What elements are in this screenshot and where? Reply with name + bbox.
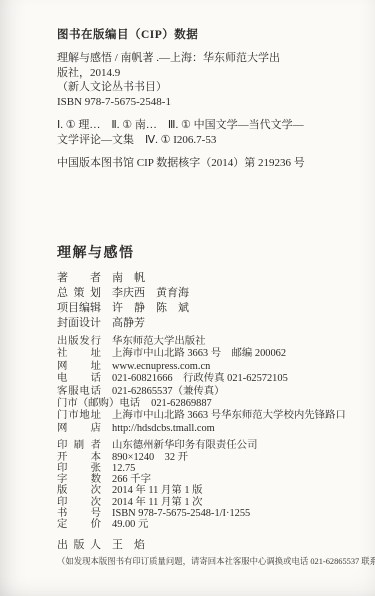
info-value: 王 焰 xyxy=(112,539,145,551)
info-row: 网址www.ecnupress.com.cn xyxy=(57,361,363,373)
credit-label: 项目编辑 xyxy=(57,301,101,316)
info-label: 出版人 xyxy=(57,538,101,552)
book-number-value: ISBN 978-7-5675-2548-1/I·1255 xyxy=(112,508,250,519)
cip-record-number: 中国版本图书馆 CIP 数据核字（2014）第 219236 号 xyxy=(57,156,363,170)
info-label: 电话 xyxy=(57,373,101,385)
info-label: 印张 xyxy=(57,463,101,474)
cip-heading: 图书在版编目（CIP）数据 xyxy=(57,26,363,42)
info-value: 上海市中山北路 3663 号华东师范大学校内先锋路口 xyxy=(112,410,346,421)
cip-line: （新人文论丛书书目） xyxy=(57,80,363,95)
info-value: 266 千字 xyxy=(112,474,151,485)
info-row: 出版人王 焰 xyxy=(57,538,363,552)
info-label: 定价 xyxy=(57,519,101,530)
info-row: 门市（邮购）电话021-62869887 xyxy=(57,398,363,410)
info-row: 社址上海市中山北路 3663 号 邮编 200062 xyxy=(57,348,363,360)
info-value: 021-62869887 xyxy=(151,398,212,409)
copyright-page: 图书在版编目（CIP）数据 理解与感悟 / 南帆著 .—上海：华东师范大学出 版… xyxy=(0,0,375,596)
info-row: 印刷者山东德州新华印务有限责任公司 xyxy=(57,440,363,451)
credits-block: 著者南 帆 总策划李庆西 黄育海 项目编辑许 静 陈 斌 封面设计高静芳 xyxy=(57,271,363,331)
book-title: 理解与感悟 xyxy=(57,242,363,262)
info-row: 客服电话021-62865537（兼传真） xyxy=(57,386,363,398)
credit-row: 项目编辑许 静 陈 斌 xyxy=(57,301,363,316)
info-row: 开本890×1240 32 开 xyxy=(57,452,363,463)
info-row: 印次2014 年 11 月第 1 次 xyxy=(57,497,363,508)
info-row: 电话021-60821666 行政传真 021-62572105 xyxy=(57,373,363,385)
cip-line: 版社，2014.9 xyxy=(57,66,363,81)
info-label: 字数 xyxy=(57,474,101,485)
info-row: 出版发行华东师范大学出版社 xyxy=(57,336,363,348)
info-label: 开本 xyxy=(57,452,101,463)
publisher-person-block: 出版人王 焰 xyxy=(57,538,363,552)
cip-class-line: 文学评论—文集 Ⅳ. ① I206.7-53 xyxy=(57,133,363,148)
credit-value: 李庆西 黄育海 xyxy=(112,287,189,299)
info-label: 网店 xyxy=(57,423,101,435)
info-label: 门市（邮购）电话 xyxy=(57,398,140,410)
credit-row: 封面设计高静芳 xyxy=(57,316,363,331)
cip-description-block: 理解与感悟 / 南帆著 .—上海：华东师范大学出 版社，2014.9 （新人文论… xyxy=(57,51,363,109)
credit-label: 总策划 xyxy=(57,286,101,301)
info-label: 书号 xyxy=(57,508,101,519)
store-url: http://hdsdcbs.tmall.com xyxy=(112,423,215,434)
credit-value: 许 静 陈 斌 xyxy=(112,302,189,314)
price-value: 49.00 元 xyxy=(112,519,148,530)
info-label: 网址 xyxy=(57,361,101,373)
cip-class-line: Ⅰ. ① 理… Ⅱ. ① 南… Ⅲ. ① 中国文学—当代文学— xyxy=(57,118,363,133)
info-value: 2014 年 11 月第 1 次 xyxy=(112,497,203,508)
credit-label: 封面设计 xyxy=(57,316,101,331)
info-label: 印次 xyxy=(57,497,101,508)
info-label: 门市地址 xyxy=(57,410,101,422)
info-label: 版次 xyxy=(57,485,101,496)
info-value: 890×1240 32 开 xyxy=(112,452,188,463)
website-url: www.ecnupress.com.cn xyxy=(112,361,210,372)
credit-row: 总策划李庆西 黄育海 xyxy=(57,286,363,301)
info-value: 上海市中山北路 3663 号 邮编 200062 xyxy=(112,348,286,359)
credit-row: 著者南 帆 xyxy=(57,271,363,286)
info-label: 出版发行 xyxy=(57,336,101,348)
credit-label: 著者 xyxy=(57,271,101,286)
info-value: 021-60821666 行政传真 021-62572105 xyxy=(112,373,288,384)
cip-isbn-line: ISBN 978-7-5675-2548-1 xyxy=(57,95,363,110)
info-label: 印刷者 xyxy=(57,440,101,451)
credit-value: 南 帆 xyxy=(112,272,145,284)
info-row: 版次2014 年 11 月第 1 版 xyxy=(57,485,363,496)
publisher-info-block: 出版发行华东师范大学出版社 社址上海市中山北路 3663 号 邮编 200062… xyxy=(57,336,363,435)
title-section: 理解与感悟 著者南 帆 总策划李庆西 黄育海 项目编辑许 静 陈 斌 封面设计高… xyxy=(57,242,363,331)
info-row: 门市地址上海市中山北路 3663 号华东师范大学校内先锋路口 xyxy=(57,410,363,422)
info-value: 021-62865537（兼传真） xyxy=(112,386,225,397)
info-row: 网店http://hdsdcbs.tmall.com xyxy=(57,423,363,435)
credit-value: 高静芳 xyxy=(112,317,145,329)
info-label: 客服电话 xyxy=(57,386,101,398)
info-value: 华东师范大学出版社 xyxy=(112,336,206,347)
quality-notice: （如发现本版图书有印订质量问题，请寄回本社客服中心调换或电话 021-62865… xyxy=(57,556,363,567)
print-info-block: 印刷者山东德州新华印务有限责任公司 开本890×1240 32 开 印张12.7… xyxy=(57,440,363,530)
info-row: 定价49.00 元 xyxy=(57,519,363,530)
info-row: 书号ISBN 978-7-5675-2548-1/I·1255 xyxy=(57,508,363,519)
info-row: 字数266 千字 xyxy=(57,474,363,485)
info-value: 2014 年 11 月第 1 版 xyxy=(112,485,203,496)
info-row: 印张12.75 xyxy=(57,463,363,474)
cip-line: 理解与感悟 / 南帆著 .—上海：华东师范大学出 xyxy=(57,51,363,66)
info-value: 山东德州新华印务有限责任公司 xyxy=(112,440,257,451)
info-label: 社址 xyxy=(57,348,101,360)
info-value: 12.75 xyxy=(112,463,135,474)
cip-classification-block: Ⅰ. ① 理… Ⅱ. ① 南… Ⅲ. ① 中国文学—当代文学— 文学评论—文集 … xyxy=(57,118,363,147)
